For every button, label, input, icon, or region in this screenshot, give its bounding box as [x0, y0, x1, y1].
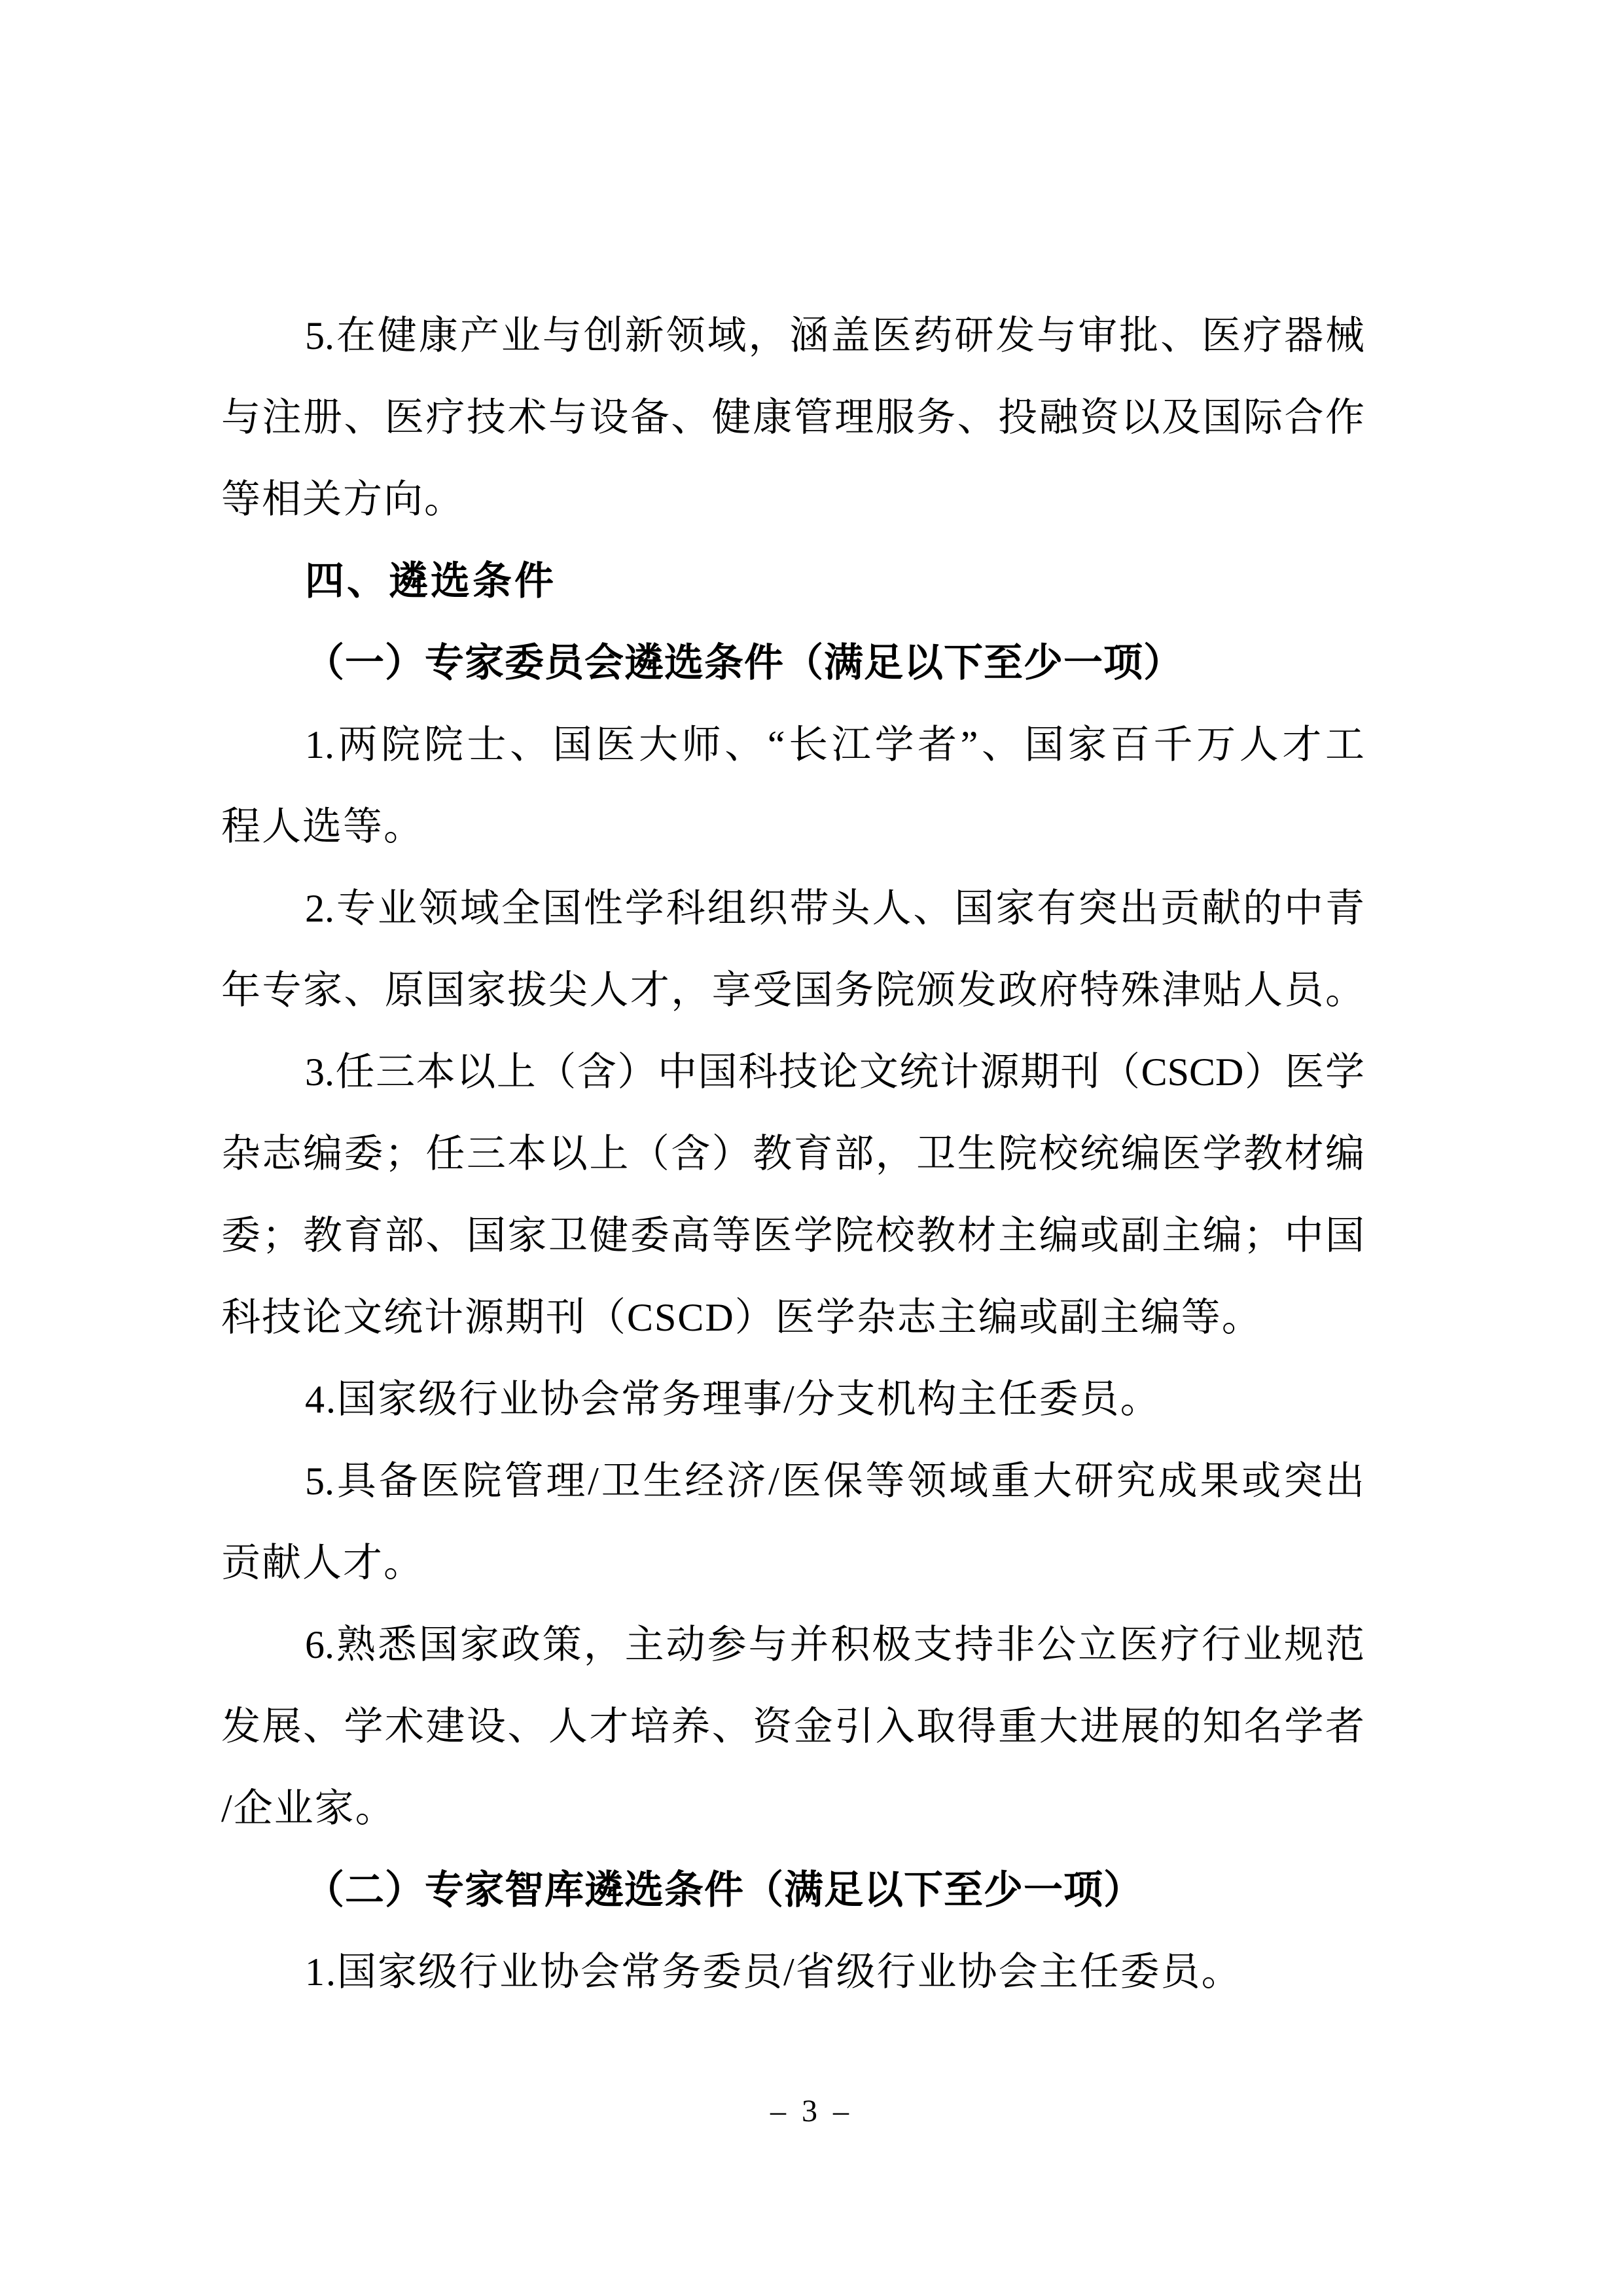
document-line: 程人选等。: [221, 804, 424, 850]
document-line: 5.具备医院管理/卫生经济/医保等领域重大研究成果或突出: [305, 1458, 1364, 1504]
document-line: 5.在健康产业与创新领域，涵盖医药研发与审批、医疗器械: [305, 313, 1364, 359]
document-line: 1.两院院士、国医大师、“长江学者”、国家百千万人才工: [305, 722, 1364, 768]
document-line: 与注册、医疗技术与设备、健康管理服务、投融资以及国际合作: [221, 395, 1364, 440]
document-line: 2.专业领域全国性学科组织带头人、国家有突出贡献的中青: [305, 886, 1364, 931]
document-page: 5.在健康产业与创新领域，涵盖医药研发与审批、医疗器械与注册、医疗技术与设备、健…: [0, 0, 1623, 2296]
document-heading: 四、遴选条件: [305, 558, 556, 604]
document-line: 年专家、原国家拔尖人才，享受国务院颁发政府特殊津贴人员。: [221, 967, 1364, 1013]
document-line: 等相关方向。: [221, 476, 465, 522]
document-line: 6.熟悉国家政策，主动参与并积极支持非公立医疗行业规范: [305, 1622, 1364, 1668]
document-heading: （二）专家智库遴选条件（满足以下至少一项）: [305, 1867, 1143, 1913]
document-line: 科技论文统计源期刊（CSCD）医学杂志主编或副主编等。: [221, 1295, 1262, 1340]
document-line: 1.国家级行业协会常务委员/省级行业协会主任委员。: [305, 1949, 1242, 1995]
document-line: 杂志编委；任三本以上（含）教育部，卫生院校统编医学教材编: [221, 1131, 1364, 1177]
document-line: /企业家。: [221, 1785, 396, 1831]
page-number: – 3 –: [0, 2092, 1623, 2131]
document-line: 发展、学术建设、人才培养、资金引入取得重大进展的知名学者: [221, 1704, 1364, 1749]
document-line: 贡献人才。: [221, 1540, 424, 1586]
document-line: 3.任三本以上（含）中国科技论文统计源期刊（CSCD）医学: [305, 1049, 1364, 1095]
document-line: 4.国家级行业协会常务理事/分支机构主任委员。: [305, 1376, 1161, 1422]
document-line: 委；教育部、国家卫健委高等医学院校教材主编或副主编；中国: [221, 1213, 1364, 1259]
document-heading: （一）专家委员会遴选条件（满足以下至少一项）: [305, 640, 1183, 686]
